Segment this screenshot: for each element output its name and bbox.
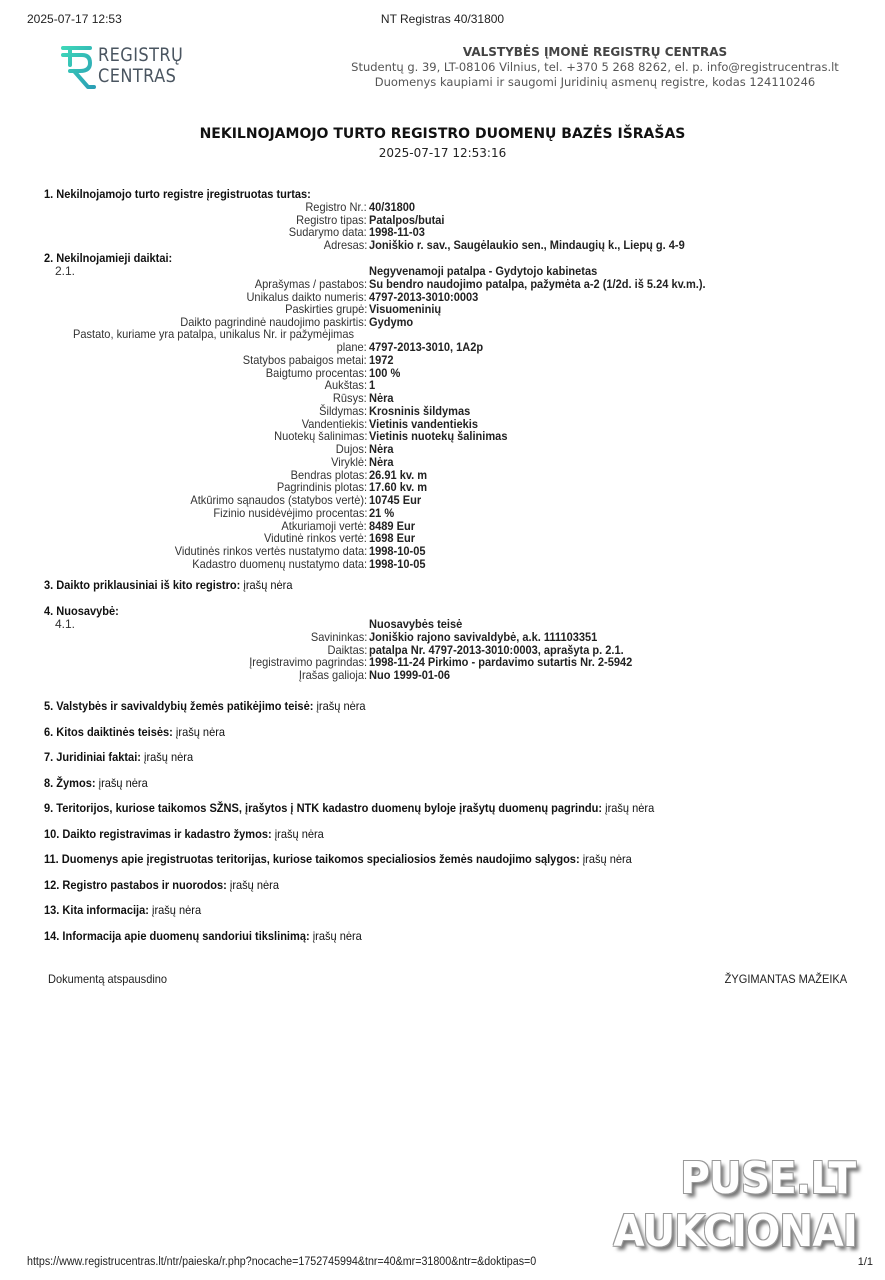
field-label: Paskirties grupė: <box>285 303 367 316</box>
field-label: Šildymas: <box>319 405 367 418</box>
watermark-line2: AUKCIONAI <box>613 1206 857 1257</box>
field-label: Fizinio nusidėvėjimo procentas: <box>213 507 367 520</box>
field-value: 1 <box>369 379 375 392</box>
field-label: Baigtumo procentas: <box>266 367 367 380</box>
field-value: patalpa Nr. 4797-2013-3010:0003, aprašyt… <box>369 644 624 657</box>
field-value: Nėra <box>369 392 394 405</box>
field-label: Kadastro duomenų nustatymo data: <box>192 558 367 571</box>
watermark-line1: PUSE.LT <box>680 1153 855 1204</box>
document-datetime: 2025-07-17 12:53:16 <box>0 146 885 160</box>
field-value: 10745 Eur <box>369 494 421 507</box>
field-label: Bendras plotas: <box>290 469 367 482</box>
section-13-heading: 13. Kita informacija: įrašų nėra <box>44 904 201 917</box>
section-5-heading: 5. Valstybės ir savivaldybių žemės patik… <box>44 700 366 713</box>
page-number: 1/1 <box>858 1256 873 1268</box>
field-value: Vietinis vandentiekis <box>369 418 478 431</box>
field-label: Statybos pabaigos metai: <box>243 354 367 367</box>
section-7-heading: 7. Juridiniai faktai: įrašų nėra <box>44 751 193 764</box>
field-value: Nėra <box>369 456 394 469</box>
field-label: Vandentiekis: <box>302 418 367 431</box>
field-value: Patalpos/butai <box>369 214 444 227</box>
field-label: Viryklė: <box>331 456 367 469</box>
section-2-item-title: Negyvenamoji patalpa - Gydytojo kabineta… <box>369 265 597 278</box>
field-value: Nėra <box>369 443 394 456</box>
field-value: Nuo 1999-01-06 <box>369 669 450 682</box>
field-label: Aukštas: <box>325 379 367 392</box>
field-value: 1998-10-05 <box>369 558 425 571</box>
field-label: plane: <box>337 341 367 354</box>
field-value: 1698 Eur <box>369 532 415 545</box>
print-page-title: NT Registras 40/31800 <box>0 12 885 26</box>
field-label: Adresas: <box>323 239 367 252</box>
field-value: 26.91 kv. m <box>369 469 427 482</box>
field-label: Vidutinė rinkos vertė: <box>264 532 367 545</box>
field-label: Nuotekų šalinimas: <box>274 430 367 443</box>
field-value: 1972 <box>369 354 394 367</box>
field-label: Vidutinės rinkos vertės nustatymo data: <box>175 545 367 558</box>
logo-line1: REGISTRŲ <box>98 45 183 66</box>
field-label: Unikalus daikto numeris: <box>247 291 367 304</box>
section-4-heading: 4. Nuosavybė: <box>44 605 119 618</box>
section-11-heading: 11. Duomenys apie įregistruotas teritori… <box>44 853 632 866</box>
field-label: Dujos: <box>336 443 367 456</box>
logo-line2: CENTRAS <box>98 66 183 87</box>
registrų-centras-logo: REGISTRŲ CENTRAS <box>60 45 200 93</box>
section-4-item-title: Nuosavybės teisė <box>369 618 462 631</box>
section-8-heading: 8. Žymos: įrašų nėra <box>44 777 148 790</box>
section-12-heading: 12. Registro pastabos ir nuorodos: įrašų… <box>44 879 279 892</box>
field-value: Vietinis nuotekų šalinimas <box>369 430 507 443</box>
field-label: Registro tipas: <box>296 214 367 227</box>
field-value: 4797-2013-3010:0003 <box>369 291 478 304</box>
section-1-heading: 1. Nekilnojamojo turto registre įregistr… <box>44 188 311 201</box>
printed-by-name: ŽYGIMANTAS MAŽEIKA <box>725 972 847 986</box>
field-value: 1998-10-05 <box>369 545 425 558</box>
organization-name: VALSTYBĖS ĮMONĖ REGISTRŲ CENTRAS <box>300 45 885 60</box>
organization-info: VALSTYBĖS ĮMONĖ REGISTRŲ CENTRAS Student… <box>300 45 885 90</box>
field-value: 4797-2013-3010, 1A2p <box>369 341 483 354</box>
field-value: 17.60 kv. m <box>369 481 427 494</box>
field-label: Atkuriamoji vertė: <box>282 520 367 533</box>
rc-logo-icon <box>60 45 96 91</box>
section-6-heading: 6. Kitos daiktinės teisės: įrašų nėra <box>44 726 225 739</box>
printed-by-label: Dokumentą atspausdino <box>48 972 167 986</box>
field-label: Pagrindinis plotas: <box>277 481 367 494</box>
section-4-item-number: 4.1. <box>55 618 75 631</box>
building-label: Pastato, kuriame yra patalpa, unikalus N… <box>73 328 354 341</box>
document-title: NEKILNOJAMOJO TURTO REGISTRO DUOMENŲ BAZ… <box>0 126 885 142</box>
field-value: 8489 Eur <box>369 520 415 533</box>
section-2-heading: 2. Nekilnojamieji daiktai: <box>44 252 172 265</box>
section-3-heading: 3. Daikto priklausiniai iš kito registro… <box>44 579 293 592</box>
field-value: 1998-11-24 Pirkimo - pardavimo sutartis … <box>369 656 632 669</box>
field-value: Visuomeninių <box>369 303 441 316</box>
field-value: 1998-11-03 <box>369 226 425 239</box>
field-value: Krosninis šildymas <box>369 405 470 418</box>
section-10-heading: 10. Daikto registravimas ir kadastro žym… <box>44 828 324 841</box>
field-label: Įrašas galioja: <box>299 669 367 682</box>
field-label: Įregistravimo pagrindas: <box>249 656 367 669</box>
organization-address: Studentų g. 39, LT-08106 Vilnius, tel. +… <box>300 60 885 75</box>
section-14-heading: 14. Informacija apie duomenų sandoriui t… <box>44 930 362 943</box>
print-url: https://www.registrucentras.lt/ntr/paies… <box>27 1256 536 1268</box>
field-value: Joniškio r. sav., Saugėlaukio sen., Mind… <box>369 239 685 252</box>
section-2-item-number: 2.1. <box>55 265 75 278</box>
field-value: Gydymo <box>369 316 413 329</box>
organization-registry-note: Duomenys kaupiami ir saugomi Juridinių a… <box>300 75 885 90</box>
section-9-heading: 9. Teritorijos, kuriose taikomos SŽNS, į… <box>44 802 654 815</box>
field-label: Atkūrimo sąnaudos (statybos vertė): <box>190 494 367 507</box>
field-value: 21 % <box>369 507 394 520</box>
field-value: 100 % <box>369 367 400 380</box>
field-label: Sudarymo data: <box>289 226 367 239</box>
field-label: Daiktas: <box>327 644 367 657</box>
field-label: Rūsys: <box>333 392 367 405</box>
